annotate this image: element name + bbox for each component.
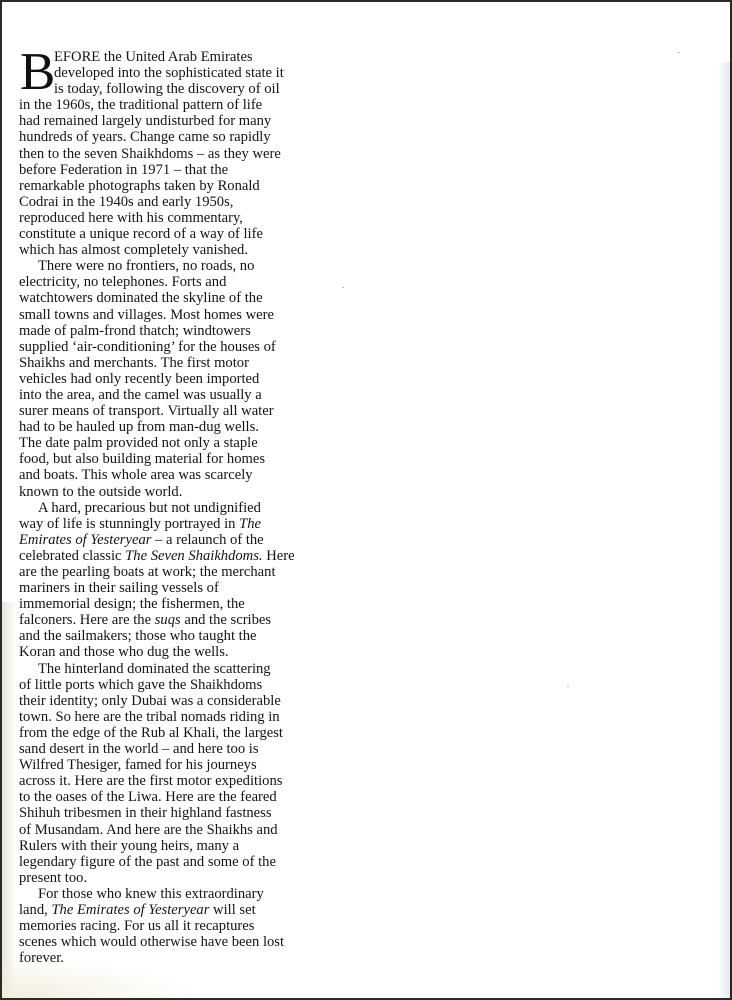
text-line: and the sailmakers; those who taught the	[19, 628, 319, 644]
text-line: present too.	[19, 870, 319, 886]
text-line: had remained largely undisturbed for man…	[19, 113, 319, 129]
text-line: made of palm-frond thatch; windtowers	[19, 323, 319, 339]
text-segment: will set	[209, 902, 255, 918]
text-line: constitute a unique record of a way of l…	[19, 226, 319, 242]
text-line: Koran and those who dug the wells.	[19, 644, 319, 660]
text-segment: and the scribes	[181, 612, 271, 628]
text-line: Shihuh tribesmen in their highland fastn…	[19, 805, 319, 821]
book-title-italic: Emirates of Yesteryear	[19, 532, 151, 548]
text-line: supplied ‘air-conditioning’ for the hous…	[19, 339, 319, 355]
text-line: to the oases of the Liwa. Here are the f…	[19, 789, 319, 805]
text-line: legendary figure of the past and some of…	[19, 854, 319, 870]
paragraph-portrayal: A hard, precarious but not undignifiedwa…	[19, 500, 319, 661]
text-line: remarkable photographs taken by Ronald	[19, 178, 319, 194]
page-gutter-shadow	[2, 602, 16, 998]
text-line: memories racing. For us all it recapture…	[19, 918, 319, 934]
text-line: There were no frontiers, no roads, no	[19, 258, 319, 274]
book-title-italic: The Emirates of Yesteryear	[51, 902, 209, 918]
text-line: from the edge of the Rub al Khali, the l…	[19, 725, 319, 741]
text-line: are the pearling boats at work; the merc…	[19, 564, 319, 580]
text-segment: way of life is stunningly portrayed in	[19, 516, 239, 532]
text-line: of Musandam. And here are the Shaikhs an…	[19, 822, 319, 838]
text-line: Wilfred Thesiger, famed for his journeys	[19, 757, 319, 773]
text-line: hundreds of years. Change came so rapidl…	[19, 129, 319, 145]
text-line: Rulers with their young heirs, many a	[19, 838, 319, 854]
book-title-italic: suqs	[155, 612, 181, 628]
text-line: surer means of transport. Virtually all …	[19, 403, 319, 419]
text-line: in the 1960s, the traditional pattern of…	[19, 97, 319, 113]
text-line: A hard, precarious but not undignified	[19, 500, 319, 516]
text-segment: celebrated classic	[19, 548, 125, 564]
text-line: land, The Emirates of Yesteryear will se…	[19, 902, 319, 918]
page-edge-shadow	[718, 62, 730, 998]
text-line: The hinterland dominated the scattering	[19, 661, 319, 677]
text-line: immemorial design; the fishermen, the	[19, 596, 319, 612]
text-line: had to be hauled up from man-dug wells.	[19, 419, 319, 435]
scan-speck	[678, 52, 680, 53]
body-text: B EFORE the United Arab Emirates develop…	[19, 49, 319, 966]
text-line: Shaikhs and merchants. The first motor	[19, 355, 319, 371]
text-line: vehicles had only recently been imported	[19, 371, 319, 387]
text-line: mariners in their sailing vessels of	[19, 580, 319, 596]
scan-speck	[342, 287, 344, 288]
text-line: before Federation in 1971 – that the	[19, 162, 319, 178]
text-line: town. So here are the tribal nomads ridi…	[19, 709, 319, 725]
text-line: then to the seven Shaikhdoms – as they w…	[19, 146, 319, 162]
text-line: known to the outside world.	[19, 484, 319, 500]
text-line: The date palm provided not only a staple	[19, 435, 319, 451]
drop-cap: B	[20, 50, 55, 94]
text-segment: land,	[19, 902, 51, 918]
paragraph-life: There were no frontiers, no roads, noele…	[19, 258, 319, 499]
text-segment: falconers. Here are the	[19, 612, 155, 628]
paragraph-closing: For those who knew this extraordinarylan…	[19, 886, 319, 966]
text-line: way of life is stunningly portrayed in T…	[19, 516, 319, 532]
text-line: food, but also building material for hom…	[19, 451, 319, 467]
text-line: EFORE the United Arab Emirates	[19, 49, 319, 65]
text-line: into the area, and the camel was usually…	[19, 387, 319, 403]
text-line: is today, following the discovery of oil	[19, 81, 319, 97]
book-page: B EFORE the United Arab Emirates develop…	[2, 2, 730, 998]
text-line: developed into the sophisticated state i…	[19, 65, 319, 81]
scan-speck	[567, 686, 569, 687]
text-line: watchtowers dominated the skyline of the	[19, 290, 319, 306]
text-segment: Here	[263, 548, 295, 564]
text-line: reproduced here with his commentary,	[19, 210, 319, 226]
text-line: Emirates of Yesteryear – a relaunch of t…	[19, 532, 319, 548]
text-line: sand desert in the world – and here too …	[19, 741, 319, 757]
text-line: electricity, no telephones. Forts and	[19, 274, 319, 290]
paragraph-intro: B EFORE the United Arab Emirates develop…	[19, 49, 319, 258]
text-line: scenes which would otherwise have been l…	[19, 934, 319, 950]
text-line: of little ports which gave the Shaikhdom…	[19, 677, 319, 693]
text-line: For those who knew this extraordinary	[19, 886, 319, 902]
text-line: celebrated classic The Seven Shaikhdoms.…	[19, 548, 319, 564]
text-line: small towns and villages. Most homes wer…	[19, 307, 319, 323]
text-line: falconers. Here are the suqs and the scr…	[19, 612, 319, 628]
book-title-italic: The	[239, 516, 261, 532]
text-line: their identity; only Dubai was a conside…	[19, 693, 319, 709]
text-line: and boats. This whole area was scarcely	[19, 467, 319, 483]
text-line: across it. Here are the first motor expe…	[19, 773, 319, 789]
paragraph-hinterland: The hinterland dominated the scatteringo…	[19, 661, 319, 886]
text-line: forever.	[19, 950, 319, 966]
text-line: which has almost completely vanished.	[19, 242, 319, 258]
text-line: Codrai in the 1940s and early 1950s,	[19, 194, 319, 210]
text-segment: – a relaunch of the	[151, 532, 263, 548]
book-title-italic: The Seven Shaikhdoms.	[125, 548, 262, 564]
